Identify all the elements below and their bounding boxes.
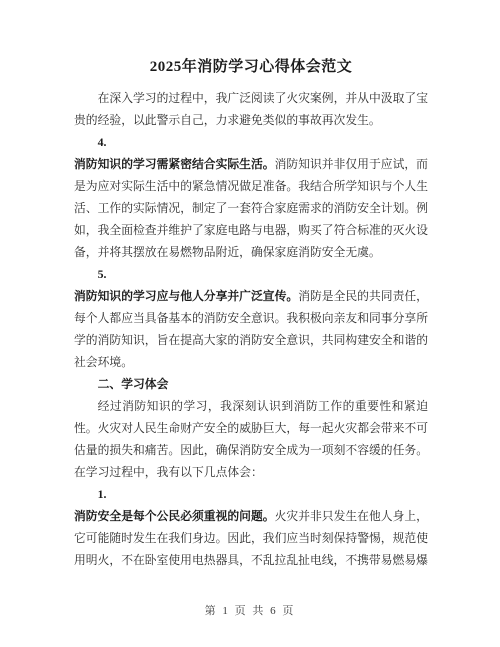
paragraph-point-1-lead: 消防安全是每个公民必须重视的问题。: [74, 509, 275, 523]
document-content: 2025年消防学习心得体会范文 在深入学习的过程中，我广泛阅读了火灾案例，并从中…: [0, 0, 500, 571]
list-number-4: 4.: [74, 131, 428, 153]
document-body: 在深入学习的过程中，我广泛阅读了火灾案例，并从中汲取了宝贵的经验，以此警示自己，…: [74, 87, 428, 571]
list-number-1: 1.: [74, 483, 428, 505]
paragraph-point-4: 消防知识的学习需紧密结合实际生活。消防知识并非仅用于应试，而是为应对实际生活中的…: [74, 153, 428, 263]
paragraph-point-4-lead: 消防知识的学习需紧密结合实际生活。: [74, 157, 275, 171]
document-page: 2025年消防学习心得体会范文 在深入学习的过程中，我广泛阅读了火灾案例，并从中…: [0, 0, 500, 647]
paragraph-point-5: 消防知识的学习应与他人分享并广泛宣传。消防是全民的共同责任，每个人都应当具备基本…: [74, 285, 428, 373]
paragraph-point-1: 消防安全是每个公民必须重视的问题。火灾并非只发生在他人身上，它可能随时发生在我们…: [74, 505, 428, 571]
section-heading-experience: 二、学习体会: [74, 373, 428, 395]
paragraph-experience-intro: 经过消防知识的学习，我深刻认识到消防工作的重要性和紧迫性。火灾对人民生命财产安全…: [74, 395, 428, 483]
paragraph-intro: 在深入学习的过程中，我广泛阅读了火灾案例，并从中汲取了宝贵的经验，以此警示自己，…: [74, 87, 428, 131]
list-number-5: 5.: [74, 263, 428, 285]
paragraph-point-4-rest: 消防知识并非仅用于应试，而是为应对实际生活中的紧急情况做足准备。我结合所学知识与…: [74, 157, 428, 259]
document-title: 2025年消防学习心得体会范文: [74, 55, 428, 76]
paragraph-point-5-lead: 消防知识的学习应与他人分享并广泛宣传。: [74, 289, 298, 303]
page-number-footer: 第 1 页 共 6 页: [0, 603, 500, 619]
